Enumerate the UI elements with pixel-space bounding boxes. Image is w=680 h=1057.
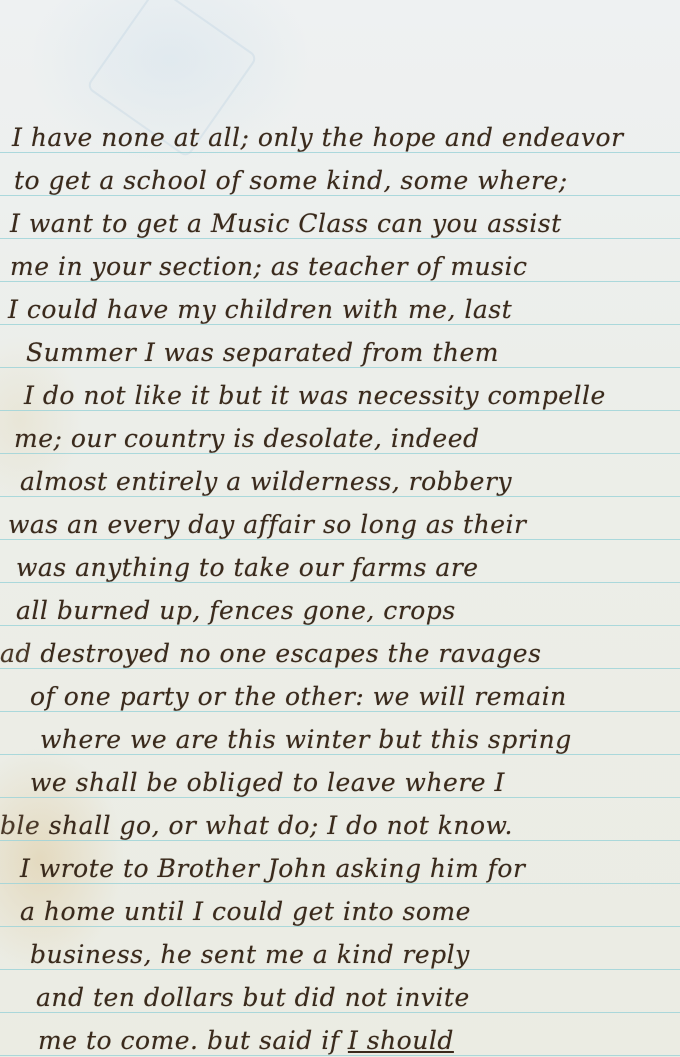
letter-line: business, he sent me a kind reply	[0, 935, 680, 975]
line-text: destroyed no one escapes the ravages	[40, 639, 541, 668]
line-text: a home until I could get into some	[20, 897, 471, 926]
line-text: I could have my children with me, last	[8, 295, 512, 324]
line-text: was anything to take our farms are	[16, 553, 479, 582]
line-text: almost entirely a wilderness, robbery	[20, 467, 512, 496]
line-text: to get a school of some kind, some where…	[14, 166, 568, 195]
line-text: business, he sent me a kind reply	[30, 940, 470, 969]
letter-line: I could have my children with me, last	[0, 290, 680, 330]
letter-line: ble shall go, or what do; I do not know.	[0, 806, 680, 846]
margin-fragment: ble	[0, 811, 40, 840]
letter-line: all burned up, fences gone, crops	[0, 591, 680, 631]
letter-line: of one party or the other: we will remai…	[0, 677, 680, 717]
letter-line: a home until I could get into some	[0, 892, 680, 932]
letter-line: we shall be obliged to leave where I	[0, 763, 680, 803]
letter-line: me in your section; as teacher of music	[0, 247, 680, 287]
line-text: me in your section; as teacher of music	[10, 252, 527, 281]
underlined-text: I should	[348, 1026, 454, 1055]
line-text: and ten dollars but did not invite	[36, 983, 470, 1012]
letter-line: was anything to take our farms are	[0, 548, 680, 588]
letter-line: I want to get a Music Class can you assi…	[0, 204, 680, 244]
line-text: all burned up, fences gone, crops	[16, 596, 456, 625]
line-text: Summer I was separated from them	[26, 338, 499, 367]
letter-line: ad destroyed no one escapes the ravages	[0, 634, 680, 674]
letter-page: I have none at all; only the hope and en…	[0, 0, 680, 1057]
margin-fragment: ad	[0, 639, 32, 668]
letter-line: almost entirely a wilderness, robbery	[0, 462, 680, 502]
line-text: where we are this winter but this spring	[40, 725, 572, 754]
line-text: we shall be obliged to leave where I	[30, 768, 505, 797]
letter-line: me to come. but said if I should	[0, 1021, 680, 1057]
letter-line: was an every day affair so long as their	[0, 505, 680, 545]
line-text: I do not like it but it was necessity co…	[24, 381, 606, 410]
line-text: me to come. but said if	[38, 1026, 339, 1055]
letter-line: I wrote to Brother John asking him for	[0, 849, 680, 889]
letter-line: where we are this winter but this spring	[0, 720, 680, 760]
letter-line: to get a school of some kind, some where…	[0, 161, 680, 201]
line-text: I have none at all; only the hope and en…	[12, 123, 624, 152]
line-text: was an every day affair so long as their	[8, 510, 526, 539]
letter-line: I have none at all; only the hope and en…	[0, 118, 680, 158]
letter-line: I do not like it but it was necessity co…	[0, 376, 680, 416]
line-text: me; our country is desolate, indeed	[14, 424, 480, 453]
letter-line: and ten dollars but did not invite	[0, 978, 680, 1018]
line-text: I want to get a Music Class can you assi…	[10, 209, 562, 238]
line-text: I wrote to Brother John asking him for	[20, 854, 525, 883]
line-text: shall go, or what do; I do not know.	[49, 811, 513, 840]
letter-line: Summer I was separated from them	[0, 333, 680, 373]
letter-line: me; our country is desolate, indeed	[0, 419, 680, 459]
line-text: of one party or the other: we will remai…	[30, 682, 567, 711]
